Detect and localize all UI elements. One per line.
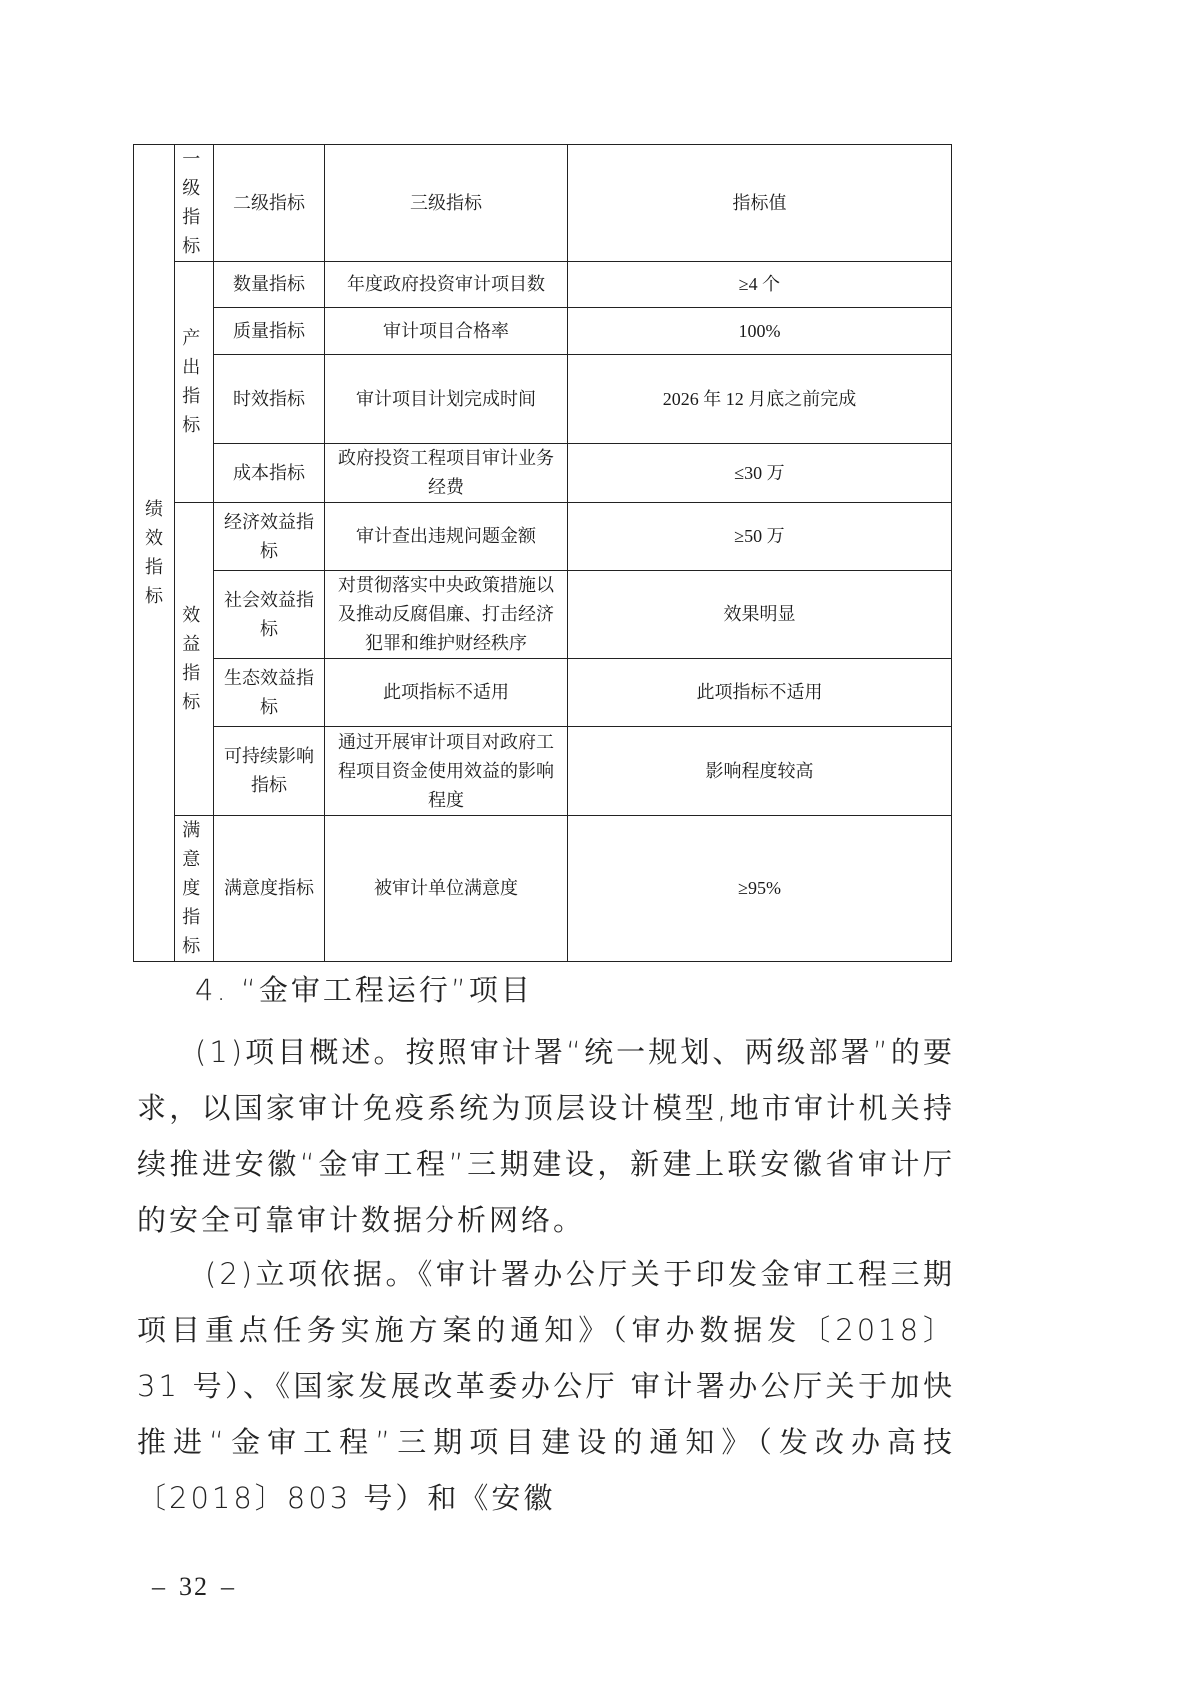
paragraph-basis: (2)立项依据。《审计署办公厅关于印发金审工程三期项目重点任务实施方案的通知》（…	[137, 1246, 955, 1526]
table-row: 满意度指标 满意度指标 被审计单位满意度 ≥95%	[134, 816, 952, 962]
table-row: 社会效益指标 对贯彻落实中央政策措施以及推动反腐倡廉、打击经济犯罪和维护财经秩序…	[134, 571, 952, 659]
document-page: 绩效指标 一级指标 二级指标 三级指标 指标值 产出指标 数量指标 年度政府投资…	[0, 0, 1190, 1683]
performance-indicator-table: 绩效指标 一级指标 二级指标 三级指标 指标值 产出指标 数量指标 年度政府投资…	[133, 144, 952, 962]
value-cell: 2026 年 12 月底之前完成	[568, 355, 952, 444]
root-label: 绩效指标	[143, 495, 165, 611]
value-cell: ≤30 万	[568, 444, 952, 503]
header-level1: 一级指标	[175, 145, 214, 262]
level2-cell: 社会效益指标	[214, 571, 325, 659]
level3-cell: 通过开展审计项目对政府工程项目资金使用效益的影响程度	[325, 727, 568, 816]
level2-cell: 质量指标	[214, 308, 325, 355]
level2-cell: 生态效益指标	[214, 659, 325, 727]
table-header-row: 绩效指标 一级指标 二级指标 三级指标 指标值	[134, 145, 952, 262]
level3-cell: 审计查出违规问题金额	[325, 503, 568, 571]
table-row: 生态效益指标 此项指标不适用 此项指标不适用	[134, 659, 952, 727]
value-cell: 效果明显	[568, 571, 952, 659]
page-number-dash-left: –	[152, 1572, 167, 1602]
header-level3: 三级指标	[325, 145, 568, 262]
page-number-dash-right: –	[221, 1572, 236, 1602]
header-value: 指标值	[568, 145, 952, 262]
table-row: 时效指标 审计项目计划完成时间 2026 年 12 月底之前完成	[134, 355, 952, 444]
level3-cell: 此项指标不适用	[325, 659, 568, 727]
level1-output-cell: 产出指标	[175, 262, 214, 503]
level1-benefit-cell: 效益指标	[175, 503, 214, 816]
level3-cell: 对贯彻落实中央政策措施以及推动反腐倡廉、打击经济犯罪和维护财经秩序	[325, 571, 568, 659]
level2-cell: 经济效益指标	[214, 503, 325, 571]
table-row: 效益指标 经济效益指标 审计查出违规问题金额 ≥50 万	[134, 503, 952, 571]
table-row: 成本指标 政府投资工程项目审计业务经费 ≤30 万	[134, 444, 952, 503]
level3-cell: 审计项目合格率	[325, 308, 568, 355]
value-cell: ≥50 万	[568, 503, 952, 571]
section-heading: 4. “金审工程运行”项目	[137, 962, 955, 1018]
level2-cell: 成本指标	[214, 444, 325, 503]
value-cell: ≥4 个	[568, 262, 952, 308]
table-row: 产出指标 数量指标 年度政府投资审计项目数 ≥4 个	[134, 262, 952, 308]
level3-cell: 审计项目计划完成时间	[325, 355, 568, 444]
header-level2: 二级指标	[214, 145, 325, 262]
page-number: –32–	[140, 1572, 248, 1602]
table-row: 可持续影响指标 通过开展审计项目对政府工程项目资金使用效益的影响程度 影响程度较…	[134, 727, 952, 816]
level2-cell: 可持续影响指标	[214, 727, 325, 816]
table-row: 质量指标 审计项目合格率 100%	[134, 308, 952, 355]
value-cell: ≥95%	[568, 816, 952, 962]
level3-cell: 年度政府投资审计项目数	[325, 262, 568, 308]
level2-cell: 满意度指标	[214, 816, 325, 962]
value-cell: 影响程度较高	[568, 727, 952, 816]
level3-cell: 被审计单位满意度	[325, 816, 568, 962]
page-number-value: 32	[179, 1572, 209, 1601]
level3-cell: 政府投资工程项目审计业务经费	[325, 444, 568, 503]
paragraph-overview: (1)项目概述。按照审计署“统一规划、两级部署”的要求，以国家审计免疫系统为顶层…	[137, 1024, 955, 1248]
root-label-cell: 绩效指标	[134, 145, 175, 962]
value-cell: 100%	[568, 308, 952, 355]
level2-cell: 时效指标	[214, 355, 325, 444]
level1-satisfaction-cell: 满意度指标	[175, 816, 214, 962]
value-cell: 此项指标不适用	[568, 659, 952, 727]
level2-cell: 数量指标	[214, 262, 325, 308]
